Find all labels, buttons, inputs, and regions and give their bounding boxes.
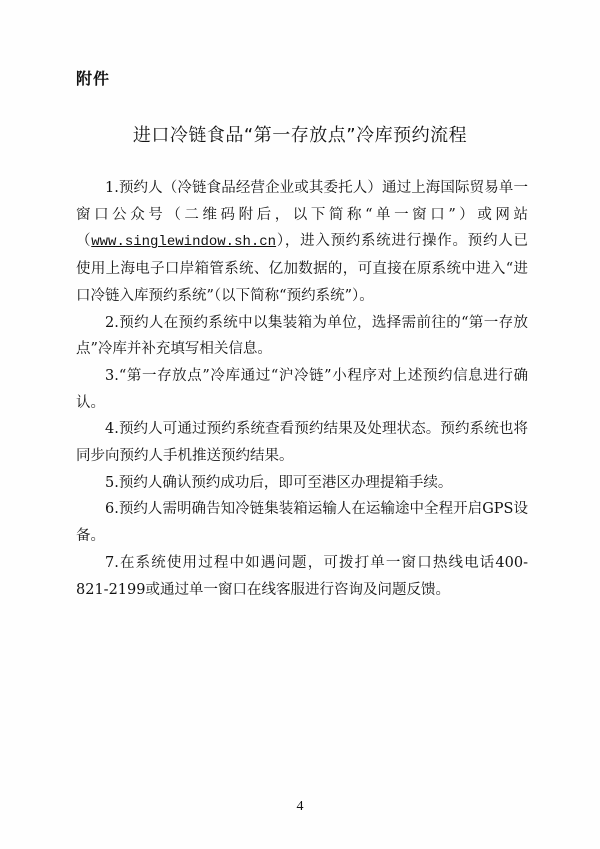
paragraph-5: 5.预约人确认预约成功后，即可至港区办理提箱手续。 <box>76 470 528 497</box>
paragraph-3: 3.“第一存放点”冷库通过“沪冷链”小程序对上述预约信息进行确认。 <box>76 363 528 416</box>
paragraph-4: 4.预约人可通过预约系统查看预约结果及处理状态。预约系统也将同步向预约人手机推送… <box>76 416 528 469</box>
document-body: 1.预约人（冷链食品经营企业或其委托人）通过上海国际贸易单一窗口公众号（二维码附… <box>76 175 528 603</box>
document-title: 进口冷链食品“第一存放点”冷库预约流程 <box>0 121 600 147</box>
attachment-label: 附件 <box>76 66 110 89</box>
website-link[interactable]: www.singlewindow.sh.cn <box>91 234 276 250</box>
paragraph-6: 6.预约人需明确告知冷链集装箱运输人在运输途中全程开启GPS设备。 <box>76 496 528 549</box>
page-number: 4 <box>0 799 600 815</box>
document-page: 附件 进口冷链食品“第一存放点”冷库预约流程 1.预约人（冷链食品经营企业或其委… <box>0 0 600 849</box>
paragraph-7: 7.在系统使用过程中如遇问题，可拨打单一窗口热线电话400-821-2199或通… <box>76 550 528 603</box>
paragraph-1: 1.预约人（冷链食品经营企业或其委托人）通过上海国际贸易单一窗口公众号（二维码附… <box>76 175 528 310</box>
paragraph-2: 2.预约人在预约系统中以集装箱为单位，选择需前往的“第一存放点”冷库并补充填写相… <box>76 310 528 363</box>
